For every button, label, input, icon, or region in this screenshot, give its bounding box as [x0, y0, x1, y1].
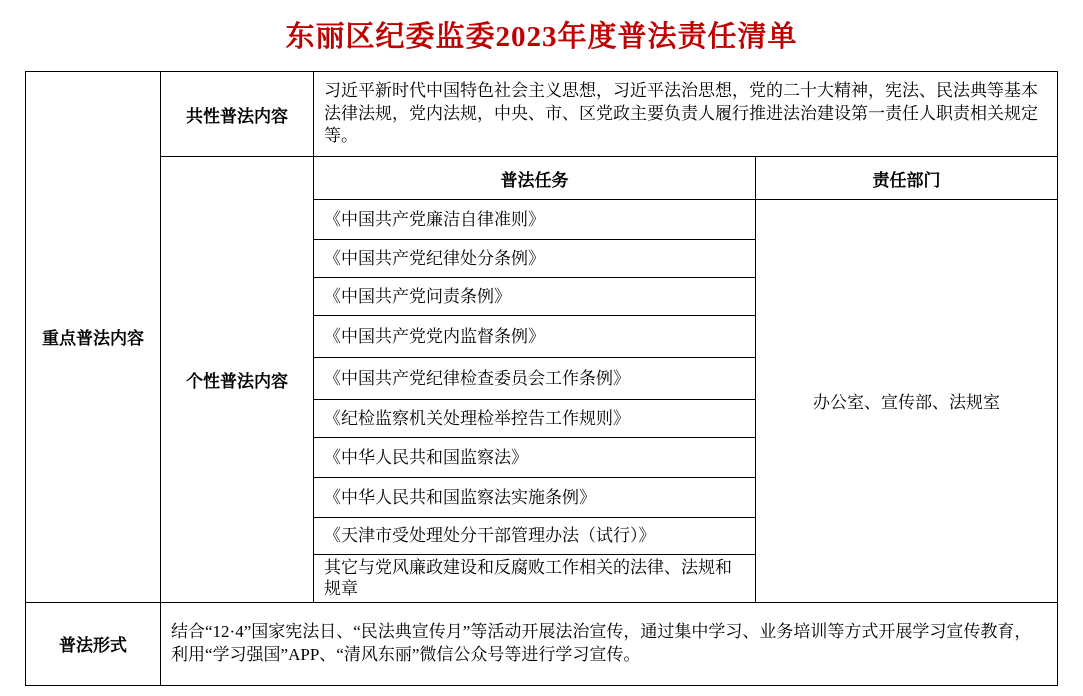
task-cell: 《中华人民共和国监察法》 [314, 438, 756, 478]
form-content: 结合“12·4”国家宪法日、“民法典宣传月”等活动开展法治宣传，通过集中学习、业… [161, 602, 1058, 685]
common-row: 重点普法内容 共性普法内容 习近平新时代中国特色社会主义思想，习近平法治思想，党… [26, 72, 1058, 157]
task-cell: 《中国共产党纪律检查委员会工作条例》 [314, 358, 756, 400]
dept-column-header: 责任部门 [756, 157, 1058, 200]
task-cell: 其它与党风廉政建设和反腐败工作相关的法律、法规和规章 [314, 555, 756, 603]
duty-table: 重点普法内容 共性普法内容 习近平新时代中国特色社会主义思想，习近平法治思想，党… [25, 71, 1058, 686]
common-content: 习近平新时代中国特色社会主义思想，习近平法治思想，党的二十大精神，宪法、民法典等… [314, 72, 1058, 157]
task-cell: 《中国共产党问责条例》 [314, 278, 756, 316]
common-label: 共性普法内容 [161, 72, 314, 157]
task-cell: 《天津市受处理处分干部管理办法（试行）》 [314, 518, 756, 555]
page-title: 东丽区纪委监委2023年度普法责任清单 [0, 14, 1083, 55]
task-column-header: 普法任务 [314, 157, 756, 200]
task-cell: 《中国共产党党内监督条例》 [314, 316, 756, 358]
form-label: 普法形式 [26, 602, 161, 685]
department-cell: 办公室、宣传部、法规室 [756, 200, 1058, 603]
task-cell: 《中国共产党纪律处分条例》 [314, 240, 756, 278]
individual-label: 个性普法内容 [161, 157, 314, 603]
task-cell: 《中国共产党廉洁自律准则》 [314, 200, 756, 240]
task-cell: 《中华人民共和国监察法实施条例》 [314, 478, 756, 518]
individual-header-row: 个性普法内容 普法任务 责任部门 [26, 157, 1058, 200]
form-row: 普法形式 结合“12·4”国家宪法日、“民法典宣传月”等活动开展法治宣传，通过集… [26, 602, 1058, 685]
row-group-label: 重点普法内容 [26, 72, 161, 603]
task-cell: 《纪检监察机关处理检举控告工作规则》 [314, 400, 756, 438]
